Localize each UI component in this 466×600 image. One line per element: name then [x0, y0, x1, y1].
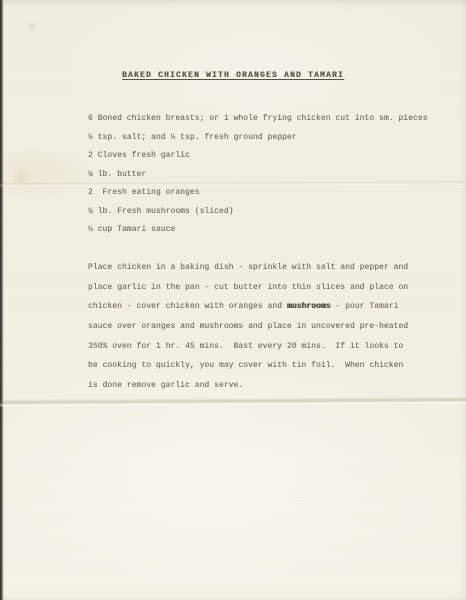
ingredient-line: 2 Cloves fresh garlic	[88, 147, 446, 166]
ingredient-line: 6 Boned chicken breasts; or 1 whole fryi…	[88, 110, 446, 129]
paper-stain	[8, 160, 34, 194]
ingredient-line: ½ cup Tamari sauce	[88, 221, 446, 240]
instruction-line: place garlic in the pan - cut butter int…	[88, 278, 446, 298]
ingredient-line: ¼ lb. Fresh mushrooms (sliced)	[88, 203, 446, 222]
instruction-text: chicken - cover chicken with oranges and	[88, 302, 287, 311]
instruction-line: chicken - cover chicken with oranges and…	[88, 297, 446, 317]
instruction-line: is done remove garlic and serve.	[88, 376, 446, 396]
recipe-page: BAKED CHICKEN WITH ORANGES AND TAMARI 6 …	[0, 0, 466, 600]
recipe-title: BAKED CHICKEN WITH ORANGES AND TAMARI	[0, 71, 466, 80]
ingredient-line: ¼ lb. butter	[88, 166, 446, 185]
ingredient-line: 2 Fresh eating oranges	[88, 184, 446, 203]
paper-mark	[24, 20, 40, 34]
scan-edge-left	[0, 0, 4, 600]
instruction-line: 350% oven for 1 hr. 45 mins. Bast every …	[88, 337, 446, 357]
ingredient-line: ½ tsp. salt; and ½ tsp. fresh ground pep…	[88, 129, 446, 148]
overstruck-word: mushrooms	[287, 302, 331, 311]
instruction-line: Place chicken in a baking dish - sprinkl…	[88, 258, 446, 278]
instructions-paragraph: Place chicken in a baking dish - sprinkl…	[88, 258, 446, 396]
fold-crease-lower	[0, 397, 466, 408]
instruction-text: - pour Tamari	[331, 302, 399, 311]
instruction-line: be cooking to quickly, you may cover wit…	[88, 356, 446, 376]
ingredients-list: 6 Boned chicken breasts; or 1 whole fryi…	[88, 110, 446, 240]
instruction-line: sauce over oranges and mushrooms and pla…	[88, 317, 446, 337]
